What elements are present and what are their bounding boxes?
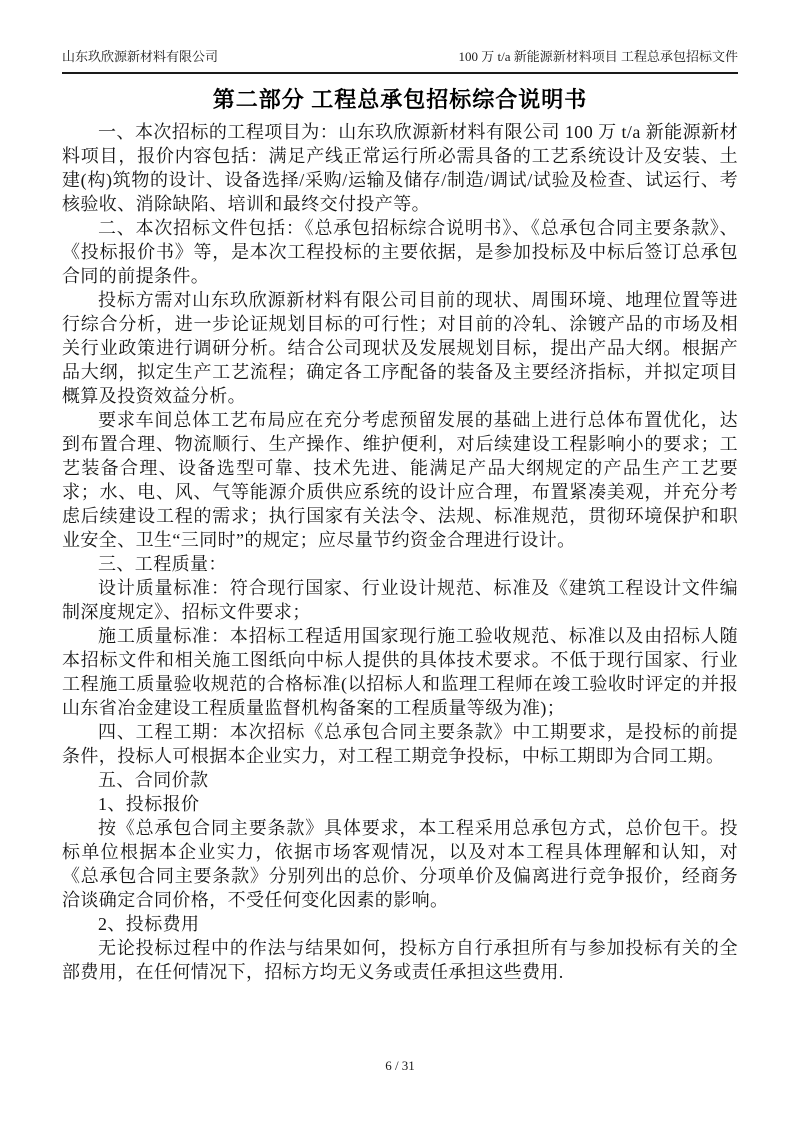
paragraph-design-quality: 设计质量标准：符合现行国家、行业设计规范、标准及《建筑工程设计文件编制深度规定》… [62,576,738,624]
paragraph-construction-quality: 施工质量标准：本招标工程适用国家现行施工验收规范、标准以及由招标人随本招标文件和… [62,624,738,720]
document-title: 第二部分 工程总承包招标综合说明书 [62,83,738,114]
paragraph-bid-cost-detail: 无论投标过程中的作法与结果如何，投标方自行承担所有与参加投标有关的全部费用，在任… [62,936,738,984]
document-body: 一、本次招标的工程项目为：山东玖欣源新材料有限公司 100 万 t/a 新能源新… [62,120,738,984]
page-header: 山东玖欣源新材料有限公司 100 万 t/a 新能源新材料项目 工程总承包招标文… [62,46,738,74]
header-company-name: 山东玖欣源新材料有限公司 [62,46,218,65]
paragraph-bid-quote-heading: 1、投标报价 [62,792,738,816]
paragraph-project-scope: 一、本次招标的工程项目为：山东玖欣源新材料有限公司 100 万 t/a 新能源新… [62,120,738,216]
paragraph-bidder-analysis: 投标方需对山东玖欣源新材料有限公司目前的现状、周围环境、地理位置等进行综合分析，… [62,288,738,408]
document-page: 山东玖欣源新材料有限公司 100 万 t/a 新能源新材料项目 工程总承包招标文… [0,0,800,1131]
paragraph-quality-heading: 三、工程质量： [62,552,738,576]
paragraph-project-duration: 四、工程工期：本次招标《总承包合同主要条款》中工期要求，是投标的前提条件，投标人… [62,720,738,768]
page-number: 6 / 31 [385,1058,415,1073]
header-project-title: 100 万 t/a 新能源新材料项目 工程总承包招标文件 [459,46,739,65]
paragraph-tender-documents: 二、本次招标文件包括：《总承包招标综合说明书》、《总承包合同主要条款》、《投标报… [62,216,738,288]
paragraph-contract-price-heading: 五、合同价款 [62,768,738,792]
paragraph-bid-quote-detail: 按《总承包合同主要条款》具体要求，本工程采用总承包方式，总价包干。投标单位根据本… [62,816,738,912]
page-footer: 6 / 31 [0,1058,800,1074]
paragraph-bid-cost-heading: 2、投标费用 [62,912,738,936]
paragraph-layout-requirements: 要求车间总体工艺布局应在充分考虑预留发展的基础上进行总体布置优化，达到布置合理、… [62,408,738,552]
